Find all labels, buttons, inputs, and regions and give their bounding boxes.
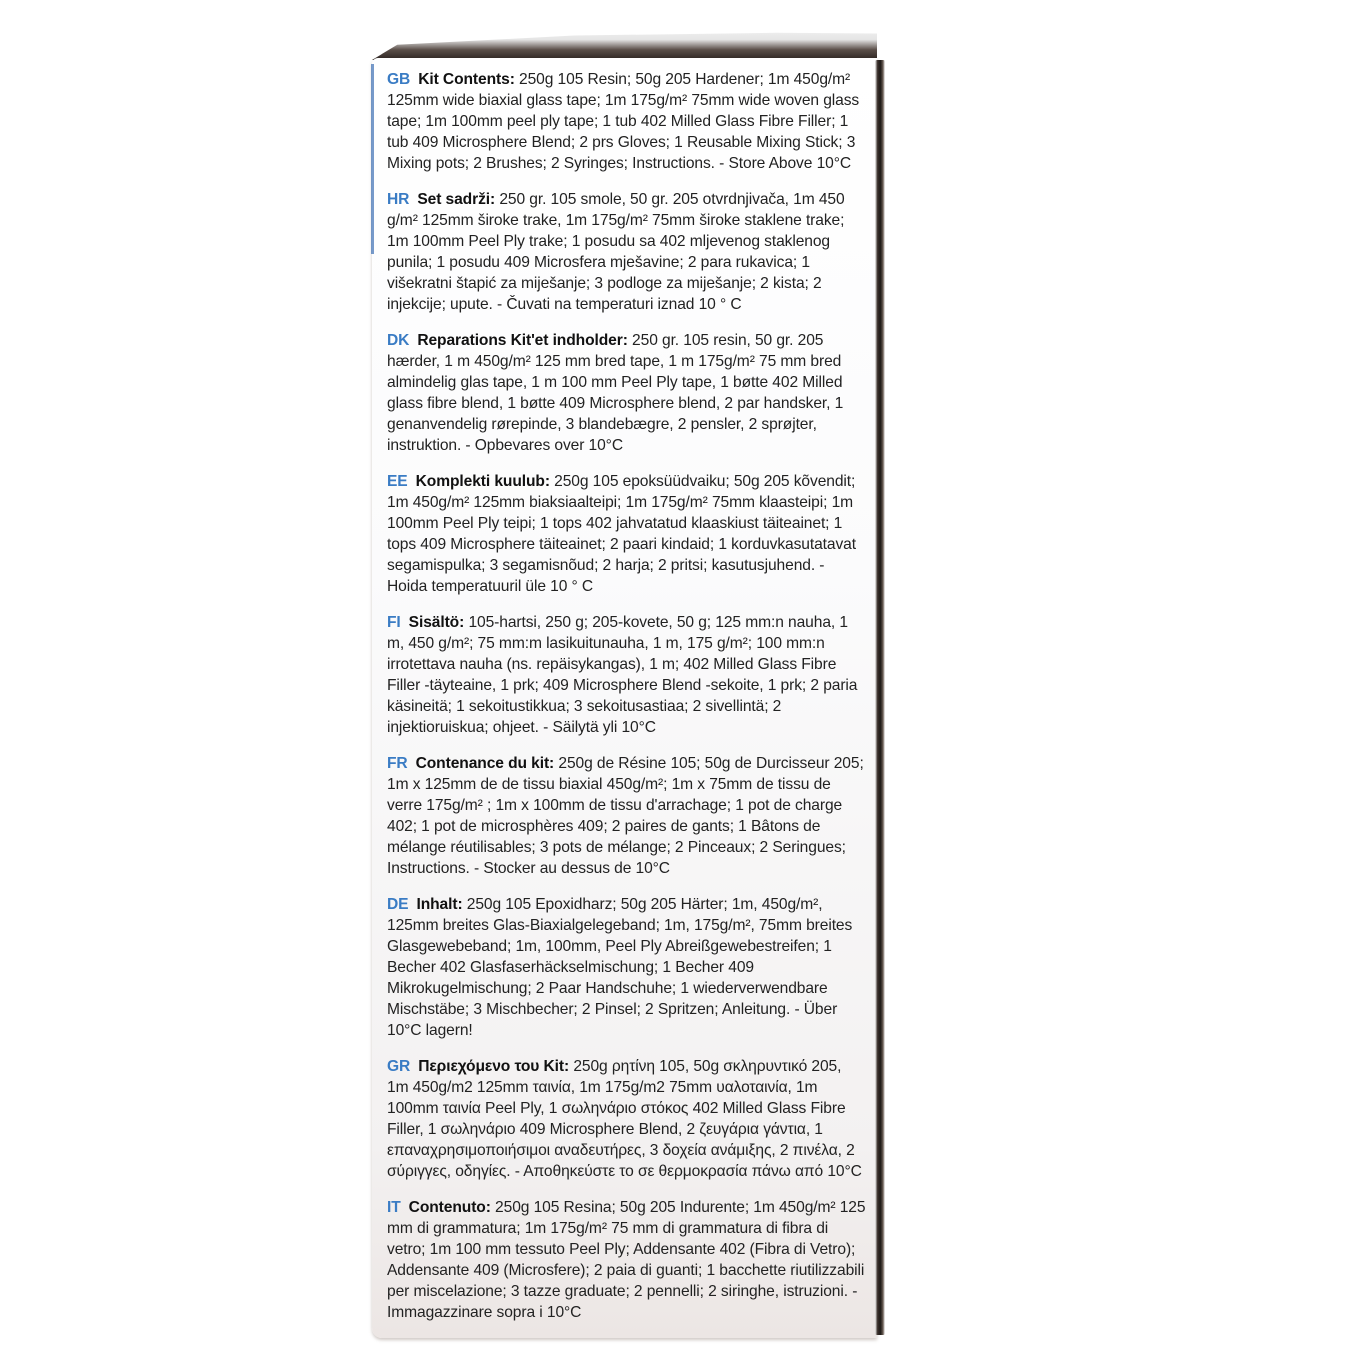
section-text: 250g 105 Resina; 50g 205 Indurente; 1m 4… [387,1199,865,1321]
section-heading: Reparations Kit'et indholder: [417,332,627,349]
language-code: FR [387,755,408,772]
section-heading: Inhalt: [416,896,462,913]
box-top-flap [372,26,877,60]
section-heading: Περιεχόμενο του Kit: [418,1058,569,1075]
language-code: HR [387,191,409,208]
section-fi: FISisältö: 105-hartsi, 250 g; 205-kovete… [387,613,867,738]
language-code: GB [387,71,410,88]
section-heading: Komplekti kuulub: [416,473,550,490]
section-text: 250g 105 epoksüüdvaiku; 50g 205 kõvendit… [387,473,856,595]
section-text: 250g ρητίνη 105, 50g σκληρυντικό 205, 1m… [387,1058,862,1180]
section-heading: Sisältö: [409,614,465,631]
language-code: DK [387,332,409,349]
section-text: 250 gr. 105 resin, 50 gr. 205 hærder, 1 … [387,332,843,454]
section-gb: GBKit Contents: 250g 105 Resin; 50g 205 … [387,70,867,175]
section-ee: EEKomplekti kuulub: 250g 105 epoksüüdvai… [387,472,867,597]
kit-contents-text-block: GBKit Contents: 250g 105 Resin; 50g 205 … [387,70,867,1331]
section-text: 105-hartsi, 250 g; 205-kovete, 50 g; 125… [387,614,857,736]
section-hr: HRSet sadrži: 250 gr. 105 smole, 50 gr. … [387,190,867,315]
language-code: IT [387,1199,401,1216]
box-blue-edge-stripe [371,64,374,254]
section-gr: GRΠεριεχόμενο του Kit: 250g ρητίνη 105, … [387,1057,867,1182]
section-heading: Kit Contents: [418,71,515,88]
section-it: ITContenuto: 250g 105 Resina; 50g 205 In… [387,1198,867,1323]
section-dk: DKReparations Kit'et indholder: 250 gr. … [387,331,867,456]
section-heading: Contenance du kit: [416,755,555,772]
language-code: GR [387,1058,410,1075]
box-right-edge [875,60,885,1335]
language-code: FI [387,614,401,631]
language-code: DE [387,896,408,913]
language-code: EE [387,473,408,490]
section-text: 250g 105 Epoxidharz; 50g 205 Härter; 1m,… [387,896,852,1038]
section-text: 250g de Résine 105; 50g de Durcisseur 20… [387,755,864,877]
section-heading: Set sadrži: [417,191,495,208]
section-de: DEInhalt: 250g 105 Epoxidharz; 50g 205 H… [387,895,867,1041]
section-text: 250 gr. 105 smole, 50 gr. 205 otvrdnjiva… [387,191,845,313]
section-heading: Contenuto: [409,1199,491,1216]
section-fr: FRContenance du kit: 250g de Résine 105;… [387,754,867,879]
